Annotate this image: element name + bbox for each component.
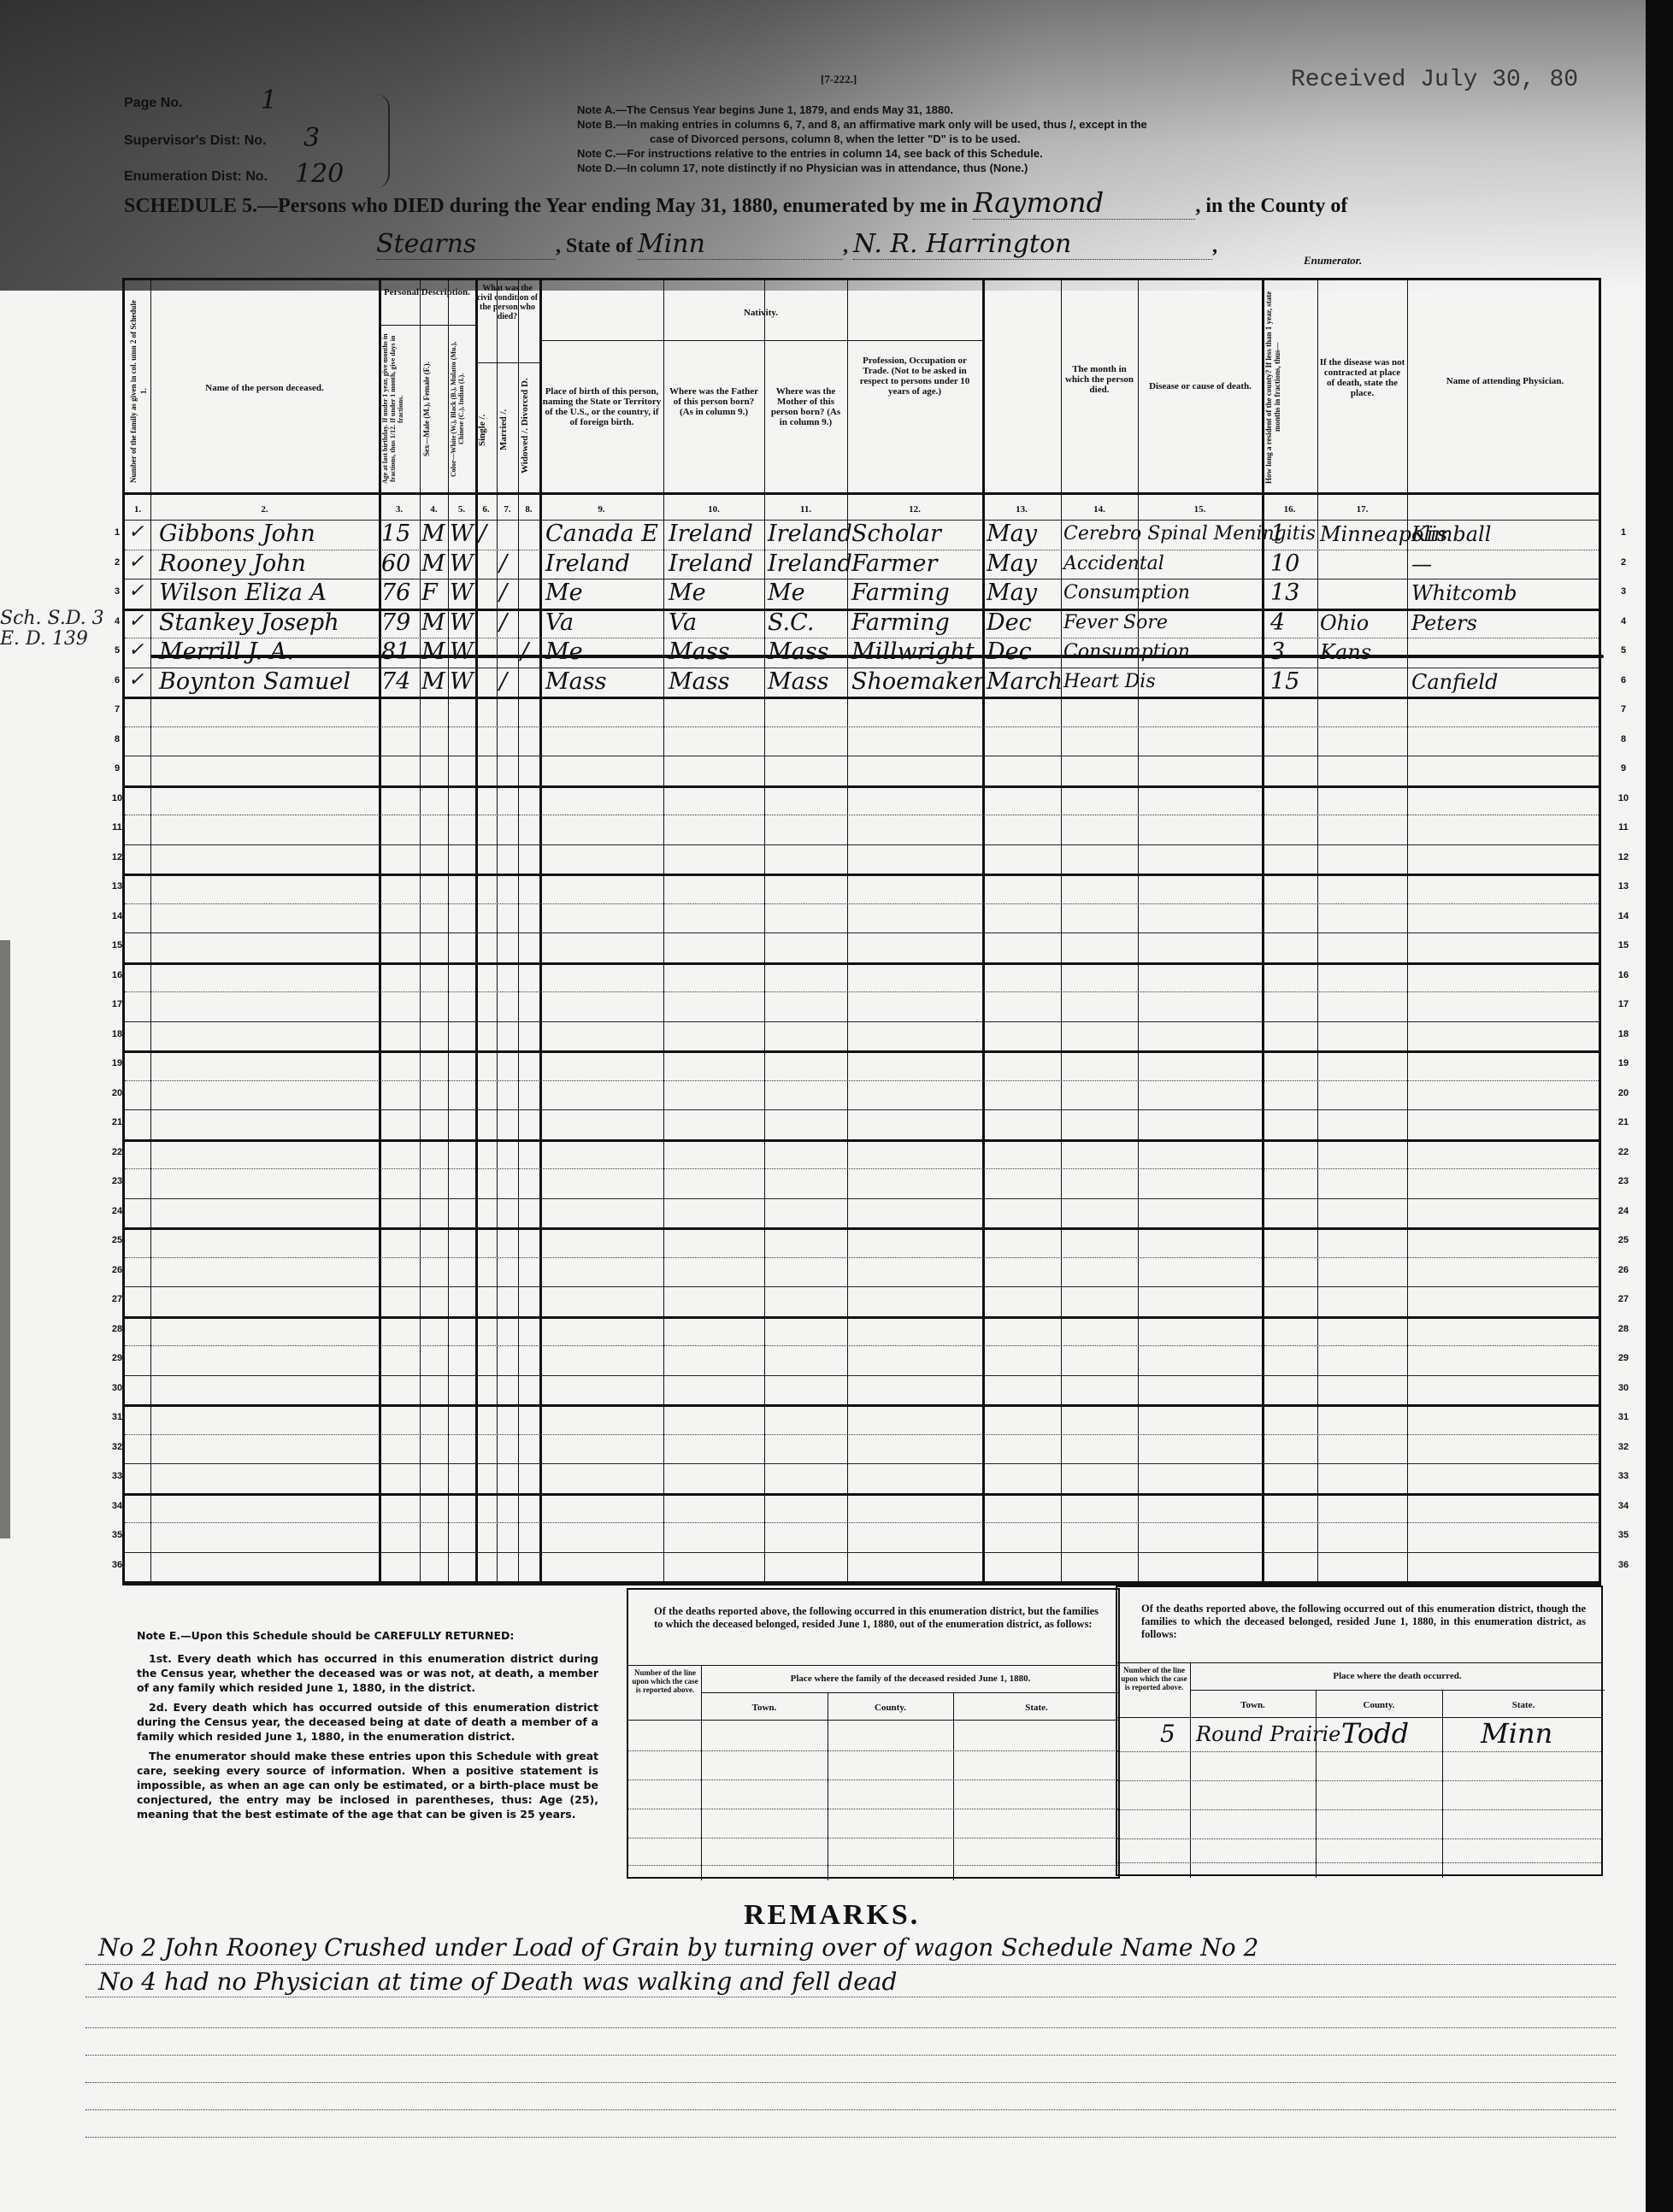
remark-line-2: No 4 had no Physician at time of Death w… bbox=[98, 1968, 897, 1996]
line-number: 18 bbox=[1614, 1029, 1633, 1039]
line-number-left: 30 bbox=[108, 1383, 127, 1393]
colnum-12: 12. bbox=[847, 504, 982, 515]
cell-occupation: Farmer bbox=[851, 551, 937, 577]
cell-check: ✓ bbox=[128, 610, 144, 632]
line-number-left: 16 bbox=[108, 970, 127, 980]
cell-check: ✓ bbox=[128, 521, 144, 543]
col6-header: Single /. bbox=[477, 374, 496, 485]
line-number-left: 23 bbox=[108, 1176, 127, 1186]
cell-sex: M bbox=[421, 610, 445, 636]
colnum-9: 9. bbox=[539, 504, 663, 515]
out-district-group: Place where the death occurred. bbox=[1190, 1671, 1605, 1681]
remark-rule bbox=[85, 2109, 1616, 2110]
line-number-left: 32 bbox=[108, 1442, 127, 1452]
ruled-line bbox=[125, 727, 1599, 727]
cell-check: ✓ bbox=[128, 639, 144, 661]
ruled-line bbox=[125, 1168, 1599, 1169]
col11-header: Where was the Mother of this person born… bbox=[766, 386, 845, 427]
margin-annotation: Sch. S.D. 3 E. D. 139 bbox=[0, 609, 104, 650]
strike-through bbox=[150, 655, 1604, 658]
note-e: Note E.—Upon this Schedule should be CAR… bbox=[137, 1628, 598, 1827]
line-number: 11 bbox=[1614, 822, 1633, 832]
line-number: 14 bbox=[1614, 911, 1633, 921]
line-number: 12 bbox=[1614, 852, 1633, 862]
line-number: 23 bbox=[1614, 1176, 1633, 1186]
cell-mother-born: S.C. bbox=[768, 610, 814, 636]
line-number-left: 13 bbox=[108, 881, 127, 891]
cell-sex: M bbox=[421, 521, 445, 547]
cell-check: ✓ bbox=[128, 669, 144, 691]
cell-mother-born: Mass bbox=[768, 669, 828, 695]
supervisor-dist-value: 3 bbox=[303, 123, 320, 153]
cell-age: 74 bbox=[381, 669, 410, 695]
colnum-5: 5. bbox=[448, 504, 475, 515]
line-number-left: 22 bbox=[108, 1147, 127, 1157]
ruled-line bbox=[125, 1021, 1599, 1022]
cell-occupation: Farming bbox=[851, 580, 950, 606]
col16-header: If the disease was not contracted at pla… bbox=[1319, 357, 1405, 398]
line-number: 29 bbox=[1614, 1353, 1633, 1363]
cell-check: ✓ bbox=[128, 551, 144, 573]
note-e-title: Note E.—Upon this Schedule should be CAR… bbox=[137, 1628, 598, 1643]
line-number: 32 bbox=[1614, 1442, 1633, 1452]
county-suffix: , in the County of bbox=[1195, 195, 1347, 217]
out-district-col-county: County. bbox=[1316, 1700, 1442, 1710]
col15-header: How long a resident of the county? If le… bbox=[1264, 289, 1316, 485]
enumerator-name: N. R. Harrington bbox=[853, 229, 1212, 260]
cell-cause: Accidental bbox=[1063, 551, 1164, 577]
line-number: 34 bbox=[1614, 1501, 1633, 1511]
ruled-line bbox=[125, 1404, 1599, 1407]
col17-header: Name of attending Physician. bbox=[1409, 376, 1601, 386]
cell-mother-born: Mass bbox=[768, 639, 828, 665]
margin-annotation-line1: Sch. S.D. 3 bbox=[0, 609, 104, 629]
remark-rule bbox=[85, 2137, 1616, 2138]
cell-place-contracted: Ohio bbox=[1320, 610, 1369, 636]
note-b-cont: case of Divorced persons, column 8, when… bbox=[577, 132, 1364, 146]
line-number-left: 4 bbox=[108, 616, 127, 627]
col10-header: Where was the Father of this person born… bbox=[666, 386, 762, 417]
cell-occupation: Shoemaker bbox=[851, 669, 984, 695]
cell-sex: F bbox=[421, 580, 438, 606]
colnum-4: 4. bbox=[420, 504, 448, 515]
enumerator-label: Enumerator. bbox=[1304, 254, 1362, 268]
cell-color: W bbox=[450, 551, 474, 577]
enumeration-dist-value: 120 bbox=[295, 159, 344, 189]
received-stamp: Received July 30, 80 bbox=[1291, 67, 1578, 93]
note-e-p2: 2d. Every death which has occurred outsi… bbox=[137, 1700, 598, 1744]
cell-cause: Consumption bbox=[1063, 580, 1190, 606]
ruled-line bbox=[125, 1050, 1599, 1053]
line-number-left: 35 bbox=[108, 1530, 127, 1540]
line-number-left: 29 bbox=[108, 1353, 127, 1363]
supervisor-dist-label: Supervisor's Dist: No. bbox=[124, 133, 267, 148]
line-number: 25 bbox=[1614, 1235, 1633, 1245]
cell-age: 76 bbox=[381, 580, 410, 606]
ruled-line bbox=[125, 1375, 1599, 1376]
out-district-col-line: Number of the line upon which the case i… bbox=[1119, 1666, 1189, 1691]
nativity-group: Nativity. bbox=[539, 308, 982, 318]
cell-physician: — bbox=[1411, 551, 1432, 577]
in-district-group: Place where the family of the deceased r… bbox=[701, 1674, 1120, 1684]
in-district-col-town: Town. bbox=[701, 1703, 828, 1713]
ruled-line bbox=[125, 844, 1599, 845]
out-district-box: Of the deaths reported above, the follow… bbox=[1116, 1585, 1603, 1876]
in-district-intro: Of the deaths reported above, the follow… bbox=[654, 1605, 1099, 1631]
ruled-line bbox=[125, 1080, 1599, 1081]
colnum-3: 3. bbox=[379, 504, 420, 515]
line-number: 20 bbox=[1614, 1088, 1633, 1098]
cell-residence: 15 bbox=[1270, 669, 1299, 695]
ruled-line bbox=[125, 1493, 1599, 1496]
ruled-line bbox=[125, 1463, 1599, 1464]
line-number-left: 19 bbox=[108, 1058, 127, 1068]
cell-physician: Kimball bbox=[1411, 521, 1491, 547]
ruled-line bbox=[125, 1434, 1599, 1435]
cell-occupation: Farming bbox=[851, 610, 950, 636]
cell-name: Stankey Joseph bbox=[159, 610, 339, 636]
cell-mother-born: Ireland bbox=[768, 521, 852, 547]
line-number: 1 bbox=[1614, 527, 1633, 538]
cell-month: May bbox=[987, 551, 1037, 577]
ruled-line bbox=[125, 1345, 1599, 1346]
cell-father-born: Mass bbox=[669, 669, 729, 695]
cell-sex: M bbox=[421, 669, 445, 695]
schedule-title: SCHEDULE 5.—Persons who DIED during the … bbox=[124, 186, 1347, 220]
ruled-line bbox=[125, 1139, 1599, 1142]
line-number-left: 25 bbox=[108, 1235, 127, 1245]
cell-birthplace: Me bbox=[545, 580, 583, 606]
line-number: 19 bbox=[1614, 1058, 1633, 1068]
line-number: 17 bbox=[1614, 999, 1633, 1009]
ruled-line bbox=[125, 1227, 1599, 1230]
cell-cause: Consumption bbox=[1063, 639, 1190, 665]
cell-residence: 3 bbox=[1270, 639, 1285, 665]
line-number: 13 bbox=[1614, 881, 1633, 891]
cell-residence: 10 bbox=[1270, 551, 1299, 577]
cell-mother-born: Me bbox=[768, 580, 805, 606]
cell-month: March bbox=[987, 669, 1063, 695]
colnum-1: 1. bbox=[125, 504, 150, 515]
civil-condition-group: What was the civil condition of the pers… bbox=[475, 284, 539, 321]
scan-edge-left bbox=[0, 940, 10, 1538]
out-district-col-town: Town. bbox=[1190, 1700, 1316, 1710]
margin-annotation-line2: E. D. 139 bbox=[0, 629, 104, 650]
enumeration-dist-label: Enumeration Dist: No. bbox=[124, 169, 268, 184]
col12-header: Profession, Occupation or Trade. (Not to… bbox=[850, 356, 980, 397]
cell-month: Dec bbox=[987, 610, 1032, 636]
colnum-16: 16. bbox=[1262, 504, 1317, 515]
line-number-left: 33 bbox=[108, 1471, 127, 1481]
ruled-line bbox=[125, 697, 1599, 699]
cell-name: Merrill J. A. bbox=[159, 639, 294, 665]
cell-sex: M bbox=[421, 551, 445, 577]
note-c: Note C.—For instructions relative to the… bbox=[577, 146, 1364, 161]
line-number: 8 bbox=[1614, 734, 1633, 744]
col8-header: Widowed /. Divorced D. bbox=[520, 366, 539, 485]
line-number: 33 bbox=[1614, 1471, 1633, 1481]
cell-married: / bbox=[499, 580, 507, 606]
colnum-14: 14. bbox=[1061, 504, 1138, 515]
col14-header: Disease or cause of death. bbox=[1140, 381, 1260, 391]
ruled-line bbox=[125, 962, 1599, 965]
line-number-left: 11 bbox=[108, 822, 127, 832]
ruled-line bbox=[125, 874, 1599, 876]
line-number-left: 28 bbox=[108, 1324, 127, 1334]
notes-block: Note A.—The Census Year begins June 1, 1… bbox=[577, 103, 1364, 175]
deaths-table: Number of the family as given in col. um… bbox=[122, 278, 1601, 1585]
line-number: 21 bbox=[1614, 1117, 1633, 1127]
colnum-8: 8. bbox=[518, 504, 539, 515]
ruled-line bbox=[125, 785, 1599, 788]
out-district-entry-county: Todd bbox=[1341, 1717, 1409, 1750]
cell-father-born: Me bbox=[669, 580, 706, 606]
remarks-title: REMARKS. bbox=[744, 1899, 920, 1932]
cell-residence: 1 bbox=[1270, 521, 1285, 547]
remark-rule bbox=[85, 2082, 1616, 2083]
ruled-line bbox=[125, 903, 1599, 904]
cell-residence: 13 bbox=[1270, 580, 1299, 606]
cell-married: / bbox=[499, 551, 507, 577]
cell-color: W bbox=[450, 669, 474, 695]
line-number: 4 bbox=[1614, 616, 1633, 627]
cell-name: Boynton Samuel bbox=[159, 669, 351, 695]
meta-brace bbox=[376, 94, 390, 188]
county-value: Stearns bbox=[376, 229, 556, 260]
cell-age: 15 bbox=[381, 521, 410, 547]
cell-physician: Peters bbox=[1411, 610, 1477, 636]
col1-header: Number of the family as given in col. um… bbox=[128, 297, 147, 485]
remark-rule bbox=[85, 2027, 1616, 2028]
line-number: 31 bbox=[1614, 1412, 1633, 1422]
line-number: 36 bbox=[1614, 1560, 1633, 1570]
cell-color: W bbox=[450, 521, 474, 547]
schedule-prefix: SCHEDULE 5.—Persons who DIED during the … bbox=[124, 195, 968, 217]
remark-rule bbox=[85, 1997, 1616, 1997]
line-number: 26 bbox=[1614, 1265, 1633, 1275]
line-number-left: 24 bbox=[108, 1206, 127, 1216]
col13-header: The month in which the person died. bbox=[1063, 364, 1136, 395]
line-number-left: 36 bbox=[108, 1560, 127, 1570]
line-number: 22 bbox=[1614, 1147, 1633, 1157]
line-number-left: 31 bbox=[108, 1412, 127, 1422]
cell-cause: Heart Dis bbox=[1063, 669, 1156, 695]
line-number: 27 bbox=[1614, 1294, 1633, 1304]
remark-rule bbox=[85, 1964, 1616, 1965]
line-number: 6 bbox=[1614, 675, 1633, 685]
ruled-line bbox=[125, 991, 1599, 992]
cell-physician: Canfield bbox=[1411, 669, 1498, 695]
line-number-left: 14 bbox=[108, 911, 127, 921]
line-number-left: 15 bbox=[108, 940, 127, 950]
line-number: 28 bbox=[1614, 1324, 1633, 1334]
col9-header: Place of birth of this person, naming th… bbox=[542, 386, 662, 427]
line-number: 16 bbox=[1614, 970, 1633, 980]
ruled-line bbox=[125, 1257, 1599, 1258]
colnum-2: 2. bbox=[150, 504, 379, 515]
line-number-left: 5 bbox=[108, 645, 127, 656]
line-number-left: 8 bbox=[108, 734, 127, 744]
note-e-p3: The enumerator should make these entries… bbox=[137, 1749, 598, 1821]
line-number-left: 7 bbox=[108, 704, 127, 715]
ruled-line bbox=[125, 1198, 1599, 1199]
line-number-left: 9 bbox=[108, 763, 127, 774]
line-number-left: 27 bbox=[108, 1294, 127, 1304]
line-number-left: 20 bbox=[108, 1088, 127, 1098]
cell-father-born: Ireland bbox=[669, 521, 753, 547]
line-number-left: 21 bbox=[108, 1117, 127, 1127]
colnum-6: 6. bbox=[475, 504, 497, 515]
line-number: 2 bbox=[1614, 557, 1633, 568]
remark-rule bbox=[85, 2055, 1616, 2056]
cell-mother-born: Ireland bbox=[768, 551, 852, 577]
colnum-11: 11. bbox=[764, 504, 847, 515]
line-number: 10 bbox=[1614, 793, 1633, 803]
ruled-line bbox=[125, 1109, 1599, 1110]
cell-occupation: Scholar bbox=[851, 521, 941, 547]
col3-header: Age at last birthday. If under 1 year, g… bbox=[381, 330, 417, 488]
ruled-line bbox=[125, 1316, 1599, 1319]
out-district-entry-town: Round Prairie bbox=[1196, 1722, 1340, 1746]
enumeration-place: Raymond bbox=[973, 186, 1195, 220]
note-d: Note D.—In column 17, note distinctly if… bbox=[577, 161, 1364, 175]
personal-description-group: Personal Description. bbox=[379, 287, 475, 297]
cell-color: W bbox=[450, 639, 474, 665]
cell-name: Wilson Eliza A bbox=[159, 580, 327, 606]
out-district-col-state: State. bbox=[1442, 1700, 1605, 1710]
line-number: 30 bbox=[1614, 1383, 1633, 1393]
cell-father-born: Ireland bbox=[669, 551, 753, 577]
in-district-col-state: State. bbox=[953, 1703, 1120, 1713]
line-number: 24 bbox=[1614, 1206, 1633, 1216]
line-number-left: 3 bbox=[108, 586, 127, 597]
cell-color: W bbox=[450, 610, 474, 636]
line-number: 35 bbox=[1614, 1530, 1633, 1540]
state-label: , State of bbox=[556, 235, 633, 257]
cell-married: / bbox=[499, 669, 507, 695]
in-district-col-line: Number of the line upon which the case i… bbox=[630, 1668, 700, 1694]
ruled-line bbox=[125, 1552, 1599, 1553]
line-number-left: 26 bbox=[108, 1265, 127, 1275]
line-number-left: 10 bbox=[108, 793, 127, 803]
note-b: Note B.—In making entries in columns 6, … bbox=[577, 117, 1364, 132]
line-number-left: 18 bbox=[108, 1029, 127, 1039]
cell-birthplace: Va bbox=[545, 610, 574, 636]
ruled-line bbox=[125, 1522, 1599, 1523]
line-number-left: 17 bbox=[108, 999, 127, 1009]
cell-age: 60 bbox=[381, 551, 410, 577]
col5-header: Color—White (W.), Black (B.), Mulatto (M… bbox=[450, 330, 475, 488]
line-number: 15 bbox=[1614, 940, 1633, 950]
form-code: [7-222.] bbox=[821, 73, 857, 85]
cell-birthplace: Ireland bbox=[545, 551, 630, 577]
cell-name: Gibbons John bbox=[159, 521, 315, 547]
page-no-label: Page No. bbox=[124, 96, 182, 110]
remark-line-1: No 2 John Rooney Crushed under Load of G… bbox=[98, 1933, 1258, 1962]
ruled-line bbox=[125, 1581, 1599, 1584]
cell-name: Rooney John bbox=[159, 551, 306, 577]
cell-married: / bbox=[499, 610, 507, 636]
cell-age: 79 bbox=[381, 610, 410, 636]
col7-header: Married /. bbox=[498, 374, 517, 485]
col4-header: Sex—Male (M.), Female (F.). bbox=[421, 330, 447, 488]
state-value: Minn bbox=[638, 229, 843, 260]
colnum-13: 13. bbox=[982, 504, 1061, 515]
colnum-17: 17. bbox=[1317, 504, 1407, 515]
in-district-box: Of the deaths reported above, the follow… bbox=[627, 1588, 1120, 1879]
note-e-p1: 1st. Every death which has occurred in t… bbox=[137, 1651, 598, 1695]
line-number-left: 2 bbox=[108, 557, 127, 568]
cell-birthplace: Canada E bbox=[545, 521, 658, 547]
note-a: Note A.—The Census Year begins June 1, 1… bbox=[577, 103, 1364, 117]
line-number-left: 34 bbox=[108, 1501, 127, 1511]
cell-month: May bbox=[987, 580, 1037, 606]
page-no-value: 1 bbox=[261, 85, 277, 115]
ruled-line bbox=[125, 932, 1599, 933]
cell-widowed: / bbox=[521, 639, 528, 665]
out-district-intro: Of the deaths reported above, the follow… bbox=[1141, 1603, 1586, 1641]
ruled-line bbox=[125, 1286, 1599, 1287]
line-number: 3 bbox=[1614, 586, 1633, 597]
col2-header: Name of the person deceased. bbox=[150, 383, 379, 393]
cell-birthplace: Mass bbox=[545, 669, 606, 695]
in-district-col-county: County. bbox=[828, 1703, 953, 1713]
cell-birthplace: Me bbox=[545, 639, 583, 665]
colnum-15: 15. bbox=[1138, 504, 1262, 515]
cell-residence: 4 bbox=[1270, 610, 1285, 636]
out-district-entry-state: Minn bbox=[1481, 1717, 1552, 1750]
ruled-line bbox=[125, 756, 1599, 756]
line-number: 7 bbox=[1614, 704, 1633, 715]
out-district-entry-line: 5 bbox=[1160, 1720, 1175, 1748]
cell-physician: Whitcomb bbox=[1411, 580, 1517, 606]
line-number: 5 bbox=[1614, 645, 1633, 656]
cell-father-born: Va bbox=[669, 610, 697, 636]
cell-month: May bbox=[987, 521, 1037, 547]
cell-cause: Fever Sore bbox=[1063, 610, 1168, 636]
ruled-line bbox=[125, 815, 1599, 815]
line-number-left: 6 bbox=[108, 675, 127, 685]
colnum-7: 7. bbox=[497, 504, 518, 515]
schedule-line2: Stearns, State of Minn, N. R. Harrington… bbox=[376, 229, 1217, 260]
scan-edge-right bbox=[1646, 0, 1673, 2212]
line-number: 9 bbox=[1614, 763, 1633, 774]
cell-father-born: Mass bbox=[669, 639, 729, 665]
line-number-left: 12 bbox=[108, 852, 127, 862]
cell-place-contracted: Kans bbox=[1320, 639, 1371, 665]
cell-age: 81 bbox=[381, 639, 410, 665]
cell-month: Dec bbox=[987, 639, 1032, 665]
cell-check: ✓ bbox=[128, 580, 144, 602]
cell-occupation: Millwright bbox=[851, 639, 975, 665]
colnum-10: 10. bbox=[663, 504, 764, 515]
line-number-left: 1 bbox=[108, 527, 127, 538]
cell-sex: M bbox=[421, 639, 445, 665]
cell-color: W bbox=[450, 580, 474, 606]
cell-single: / bbox=[479, 521, 486, 547]
